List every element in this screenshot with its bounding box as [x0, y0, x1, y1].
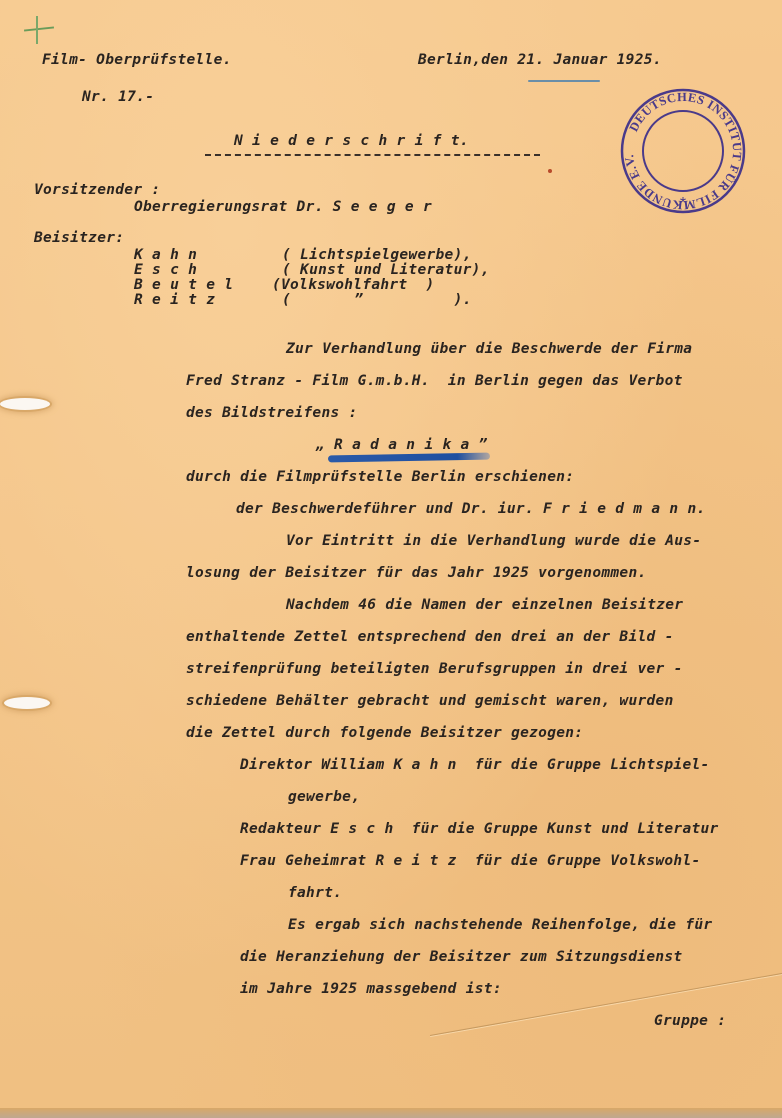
- date-underline-mark: [528, 80, 600, 82]
- institute-stamp: DEUTSCHES INSTITUT FÜR FILMKUNDE E.V. *: [619, 87, 747, 215]
- body-line: die Heranziehung der Beisitzer zum Sitzu…: [240, 949, 682, 965]
- film-title: „ R a d a n i k a ”: [316, 437, 488, 453]
- document-title: N i e d e r s c h r i f t.: [234, 133, 469, 149]
- place-date: Berlin,den 21. Januar 1925.: [418, 52, 662, 68]
- body-line: durch die Filmprüfstelle Berlin erschien…: [186, 469, 574, 485]
- pencil-cross-mark-vertical: [36, 16, 38, 44]
- assessors-label: Beisitzer:: [34, 230, 124, 246]
- paper-bottom-edge: [0, 1108, 782, 1118]
- assessor-group: ( Lichtspielgewerbe),: [282, 247, 472, 263]
- title-underline: [205, 154, 540, 156]
- assessor-name: B e u t e l: [134, 277, 233, 293]
- office-name: Film- Oberprüfstelle.: [42, 52, 232, 68]
- punch-hole-lower: [4, 697, 50, 709]
- punch-hole-upper: [0, 398, 50, 410]
- body-line: enthaltende Zettel entsprechend den drei…: [186, 629, 674, 645]
- body-line: Nachdem 46 die Namen der einzelnen Beisi…: [286, 597, 683, 613]
- body-line: fahrt.: [288, 885, 342, 901]
- body-line: Redakteur E s c h für die Gruppe Kunst u…: [240, 821, 719, 837]
- assessor-group: ( ” ).: [282, 292, 472, 308]
- assessor-name: E s c h: [134, 262, 197, 278]
- document-number: Nr. 17.-: [82, 89, 154, 105]
- body-line: gewerbe,: [288, 789, 360, 805]
- body-line: im Jahre 1925 massgebend ist:: [240, 981, 502, 997]
- body-line: Es ergab sich nachstehende Reihenfolge, …: [288, 917, 712, 933]
- body-line: Direktor William K a h n für die Gruppe …: [240, 757, 710, 773]
- assessor-group: ( Kunst und Literatur),: [282, 262, 490, 278]
- body-line: Gruppe :: [654, 1013, 726, 1029]
- body-line: losung der Beisitzer für das Jahr 1925 v…: [186, 565, 647, 581]
- svg-text:*: *: [680, 195, 686, 212]
- body-line: schiedene Behälter gebracht und gemischt…: [186, 693, 674, 709]
- assessor-group: (Volkswohlfahrt ): [272, 277, 435, 293]
- chair-label: Vorsitzender :: [34, 182, 160, 198]
- body-line: Frau Geheimrat R e i t z für die Gruppe …: [240, 853, 701, 869]
- body-line: des Bildstreifens :: [186, 405, 358, 421]
- red-ink-dot: [548, 169, 552, 173]
- assessor-name: K a h n: [134, 247, 197, 263]
- body-line: Vor Eintritt in die Verhandlung wurde di…: [286, 533, 701, 549]
- body-line: Fred Stranz - Film G.m.b.H. in Berlin ge…: [186, 373, 683, 389]
- chair-name: Oberregierungsrat Dr. S e e g e r: [134, 199, 432, 215]
- body-line: die Zettel durch folgende Beisitzer gezo…: [186, 725, 583, 741]
- body-line: streifenprüfung beteiligten Berufsgruppe…: [186, 661, 683, 677]
- body-line: der Beschwerdeführer und Dr. iur. F r i …: [236, 501, 706, 517]
- assessor-name: R e i t z: [134, 292, 215, 308]
- body-line: Zur Verhandlung über die Beschwerde der …: [286, 341, 692, 357]
